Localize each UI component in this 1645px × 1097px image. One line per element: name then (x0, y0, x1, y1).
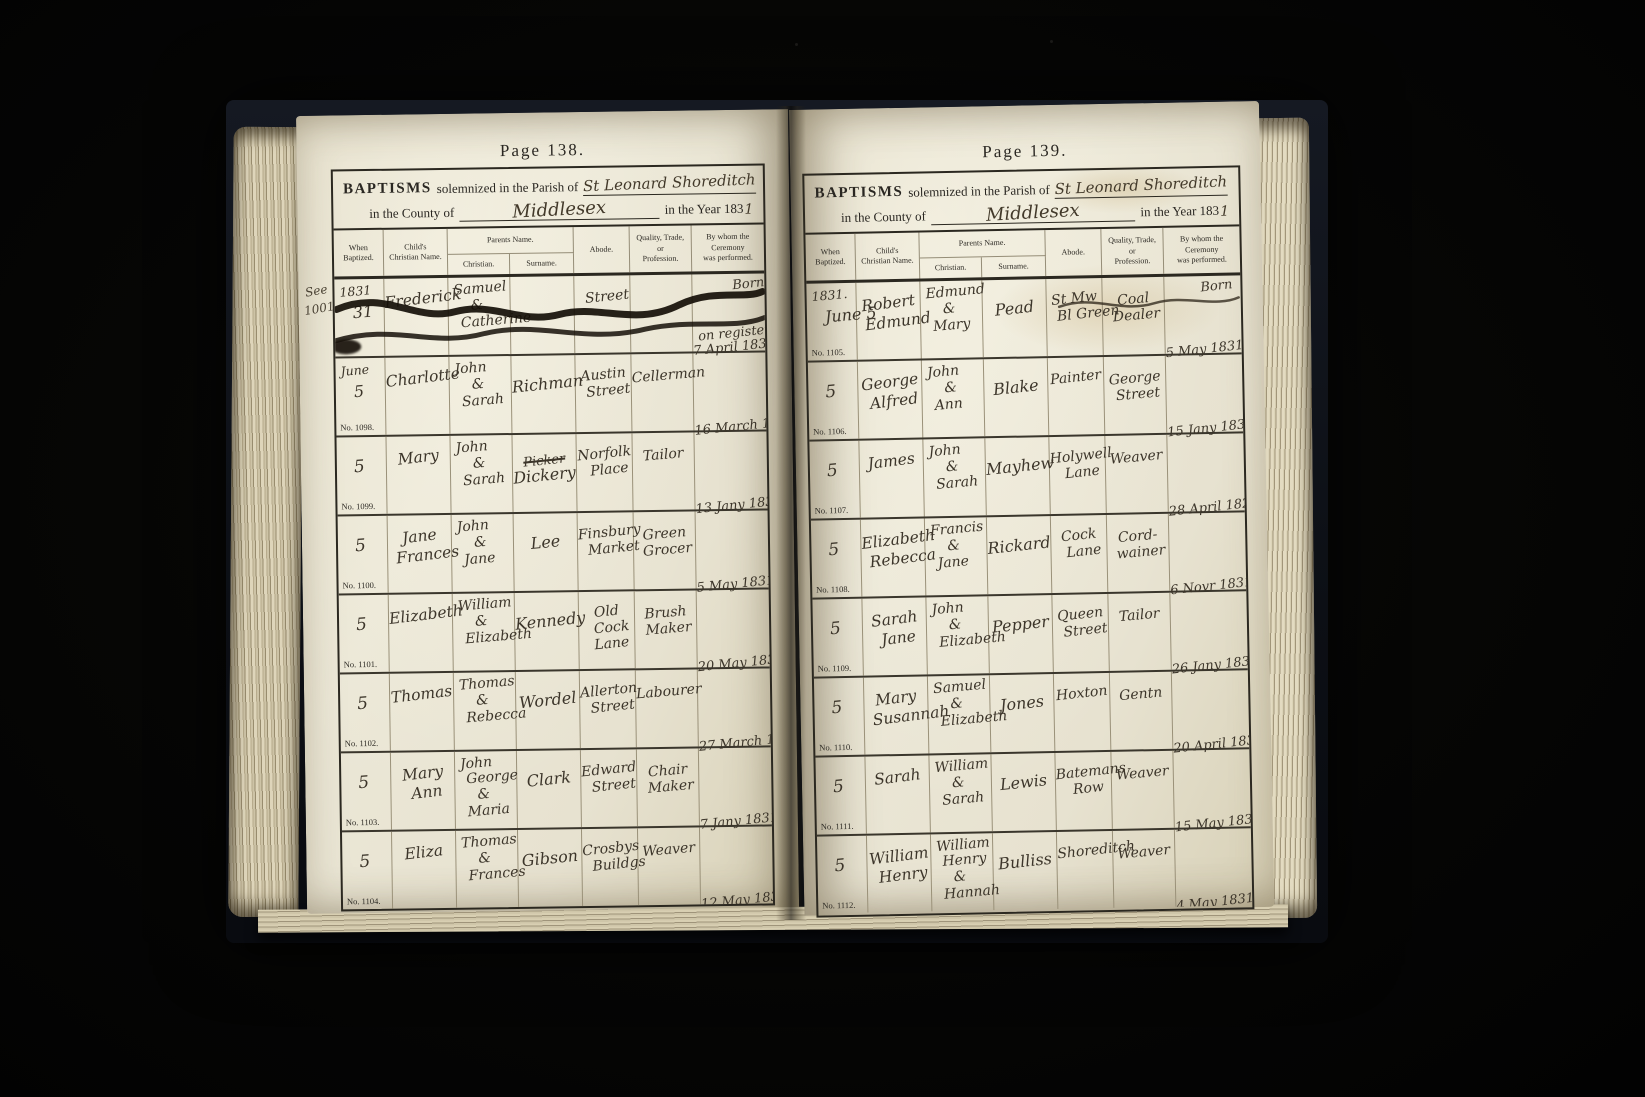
abode-text: Row (1065, 779, 1111, 799)
entry-number-label: No. 1110. (819, 742, 852, 753)
register-header: BAPTISMS solemnized in the Parish of St … (804, 167, 1239, 234)
cell-profession: GreenGrocer (634, 511, 697, 589)
cell-ceremony-performed: 7 Jany 1831 (699, 747, 773, 825)
abode-text: Street (591, 777, 637, 797)
when-baptized-text: June (340, 361, 385, 378)
profession-text: Maker (643, 778, 699, 798)
abode-text: Lane (589, 635, 635, 655)
ampersand-text: & (947, 536, 987, 555)
cell-parents-christian: Samuel&Elizabeth (928, 675, 991, 753)
abode-text: Bl Green (1056, 305, 1102, 325)
right-page: Page 139. BAPTISMS solemnized in the Par… (789, 101, 1274, 916)
entry-number-label: No. 1112. (822, 900, 855, 911)
table-row: 5MaryJohn&SarahPickerDickeryNorfolkPlace… (336, 431, 767, 516)
margin-note: See 1001 (300, 279, 336, 320)
profession-text: wainer (1113, 543, 1169, 563)
cell-ceremony-performed: 20 May 1831 (697, 589, 773, 667)
mother-name-text: Rebecca (466, 708, 516, 727)
cell-abode: QueenStreet (1052, 594, 1109, 672)
abode-text: Street (590, 698, 636, 718)
child-name-text: Mary (386, 446, 451, 470)
cell-abode: Painter (1048, 357, 1105, 435)
ampersand-text: & (471, 375, 511, 393)
cell-profession: Labourer (636, 669, 699, 747)
profession-text: Weaver (1111, 764, 1173, 784)
cell-child-name: Elizabeth (389, 594, 454, 672)
surname-text: Pepper (988, 612, 1052, 636)
ampersand-text: & (944, 378, 984, 397)
surname-text: Lee (513, 530, 577, 554)
abode-text: Market (587, 540, 633, 560)
parish-blank: St Leonard Shoreditch (1055, 175, 1228, 199)
abode-text: Street (1062, 621, 1108, 641)
table-row: 5WilliamHenryWilliamHenry&HannahBullissS… (817, 828, 1252, 913)
cell-profession: Weaver (1111, 751, 1174, 829)
col-header-christian: Christian. (448, 254, 510, 275)
cell-profession: Tailor (632, 432, 695, 510)
table-row: 1831.June 5RobertEdmundEdmund&MaryPeadSt… (806, 275, 1241, 362)
entry-number-label: No. 1107. (815, 505, 849, 516)
when-baptized-text: 5 (826, 460, 860, 481)
when-baptized-text: 5 (355, 614, 388, 635)
mother-name-text: Maria (467, 802, 517, 821)
baptisms-heading: BAPTISMS (814, 184, 903, 204)
cell-ceremony-performed: 13 Jany 1831 (694, 431, 773, 509)
col-header-when: When Baptized. (805, 234, 856, 281)
cell-parents-surname: Lewis (991, 753, 1056, 831)
col-header-by-whom: By whom the Ceremony was performed. (692, 224, 765, 271)
cell-child-name: RobertEdmund (856, 282, 921, 360)
cell-abode: Hoxton (1054, 673, 1111, 751)
child-name-text: James (859, 449, 924, 473)
mother-name-text: Frances (468, 866, 518, 885)
abode-text: Buildgs (592, 855, 638, 875)
page-number: Page 139. (790, 137, 1260, 166)
dust-speck (795, 43, 798, 46)
abode-text: Street (584, 287, 630, 307)
when-baptized-text: 5 (354, 535, 387, 556)
table-row: 5SarahJaneJohn&ElizabethPepperQueenStree… (812, 591, 1247, 678)
ampersand-text: & (473, 533, 513, 551)
table-row: 5ElizaThomas&FrancesGibsonCrosbysBuildgs… (342, 826, 773, 909)
child-name-text: Sarah (865, 765, 930, 789)
cell-child-name: Charlotte (385, 357, 450, 435)
cell-ceremony-performed: 28 April 1828 (1167, 433, 1252, 512)
parish-blank: St Leonard Shoreditch (583, 173, 756, 196)
entry-number-label: No. 1099. (341, 501, 375, 511)
cell-parents-christian: John&Sarah (449, 356, 512, 434)
cell-ceremony-performed: 20 April 1831 (1172, 670, 1252, 749)
cell-abode: HolywellLane (1049, 436, 1106, 514)
entry-number-label: No. 1103. (346, 817, 380, 827)
cell-child-name: Mary (386, 436, 451, 514)
cell-parents-christian: John&Ann (922, 359, 985, 437)
child-name-text: Charlotte (385, 367, 450, 391)
when-baptized-text: 5 (829, 618, 863, 639)
cell-profession: GeorgeStreet (1104, 356, 1167, 434)
page-number: Page 138. (296, 137, 788, 164)
entry-number-label: No. 1106. (813, 426, 847, 437)
mother-name-text: Catherine (460, 313, 510, 332)
surname-text: Rickard (987, 533, 1051, 557)
profession-text: Maker (641, 620, 697, 640)
cell-parents-surname: Gibson (518, 829, 583, 907)
cell-profession: Tailor (1108, 593, 1171, 671)
table-row: 183131FrederickSamuel&CatherineStreetBor… (334, 273, 765, 358)
cell-abode: CrosbysBuildgs (582, 828, 639, 906)
col-header-parents: Parents Name. (919, 230, 1045, 258)
cell-child-name: WilliamHenry (867, 834, 932, 912)
cell-ceremony-performed: Born5 May 1831 (1164, 275, 1246, 353)
cell-parents-christian: JohnGeorge&Maria (455, 751, 518, 829)
cell-child-name: Frederick (384, 278, 449, 356)
year-pre-text: in the Year 183 (665, 201, 744, 219)
child-name-text: Elizabeth (388, 604, 453, 628)
cell-parents-christian: Thomas&Rebecca (454, 672, 517, 750)
cell-ceremony-performed: 4 May 1831 (1175, 828, 1252, 907)
cell-child-name: MarySusannah (864, 676, 929, 754)
cell-parents-surname: Bulliss (993, 832, 1058, 910)
year-handwritten: 1 (1220, 204, 1229, 220)
cell-parents-surname: Jones (990, 674, 1055, 752)
when-baptized-text: 5 (358, 772, 391, 793)
cell-abode: Street (574, 275, 631, 353)
when-baptized-text: 1831 (339, 282, 384, 299)
cell-abode: OldCockLane (579, 591, 636, 669)
cell-profession: Weaver (1113, 830, 1176, 908)
profession-text: Labourer (636, 682, 698, 702)
cell-child-name: MaryAnn (391, 752, 456, 830)
register-photo: Page 138. See 1001 BAPTISMS solemnized i… (0, 0, 1645, 1097)
table-row: 5MarySusannahSamuel&ElizabethJonesHoxton… (814, 670, 1249, 757)
when-baptized-text: 1831. (811, 286, 856, 303)
cell-ceremony-performed: Bornon register7 April 1831 (692, 273, 773, 351)
surname-text: Lewis (991, 770, 1055, 794)
cell-child-name: GeorgeAlfred (858, 360, 923, 438)
col-header-christian: Christian. (920, 257, 982, 278)
profession-text: Tailor (632, 445, 694, 465)
cell-parents-surname: Richman (511, 355, 576, 433)
column-headers: When Baptized. Child's Christian Name. P… (805, 226, 1240, 283)
cell-child-name: Sarah (865, 755, 930, 833)
cell-parents-christian: William&Sarah (929, 754, 992, 832)
cell-profession: ChairMaker (637, 748, 700, 826)
cell-abode: BatemansRow (1055, 752, 1112, 830)
cell-profession: Weaver (638, 827, 701, 905)
year-handwritten: 1 (744, 202, 753, 218)
cell-parents-christian: Francis&Jane (925, 517, 988, 595)
entry-number-label: No. 1111. (821, 821, 854, 832)
dust-speck (1050, 40, 1053, 43)
entries-right: 1831.June 5RobertEdmundEdmund&MaryPeadSt… (806, 275, 1252, 913)
margin-note-line: 1001 (303, 297, 336, 320)
cell-abode: EdwardStreet (581, 749, 638, 827)
col-header-when: When Baptized. (334, 230, 385, 277)
cell-parents-christian: John&Sarah (923, 438, 986, 516)
cell-parents-surname: Lee (514, 513, 579, 591)
cell-child-name: SarahJane (862, 597, 927, 675)
profession-text: Grocer (640, 541, 696, 561)
table-row: 5JamesJohn&SarahMayhewHolywellLaneWeaver… (809, 433, 1244, 520)
cell-abode: AustinStreet (575, 354, 632, 432)
ceremony-date-text: Born (1200, 278, 1233, 295)
entry-number-label: No. 1098. (340, 422, 374, 432)
when-baptized-text: 5 (828, 539, 862, 560)
child-name-text: Frederick (384, 288, 449, 312)
county-pre-text: in the County of (841, 208, 926, 227)
child-name-text: Thomas (389, 683, 454, 707)
cell-ceremony-performed: 5 May 1831 (696, 510, 773, 588)
column-headers: When Baptized. Child's Christian Name. P… (334, 224, 765, 279)
table-row: 5ElizabethRebeccaFrancis&JaneRickardCock… (811, 512, 1246, 599)
table-row: June5CharlotteJohn&SarahRichmanAustinStr… (335, 352, 766, 437)
cell-child-name: Thomas (390, 673, 455, 751)
surname-text: Mayhew (985, 454, 1049, 478)
col-header-by-whom: By whom the Ceremony was performed. (1163, 226, 1240, 273)
surname-text: Jones (990, 691, 1054, 715)
col-header-surname: Surname. (510, 253, 574, 274)
surname-text: Wordel (515, 688, 579, 712)
entry-number-label: No. 1100. (342, 580, 376, 590)
cell-parents-christian: William&Elizabeth (453, 593, 516, 671)
cell-ceremony-performed: 15 Jany 1831 (1166, 354, 1253, 433)
entry-number-label: No. 1102. (345, 738, 379, 748)
cell-parents-surname: PickerDickery (512, 434, 577, 512)
solemnized-text: solemnized in the Parish of (437, 179, 579, 198)
mother-name-text: Jane (937, 553, 987, 572)
col-header-child: Child's Christian Name. (384, 229, 449, 276)
child-name-text: Ann (399, 781, 456, 804)
cell-profession: Cord-wainer (1107, 514, 1170, 592)
cell-parents-surname: Kennedy (515, 592, 580, 670)
ampersand-text: & (945, 457, 985, 476)
mother-name-text: Sarah (936, 474, 986, 493)
cell-abode: AllertonStreet (580, 670, 637, 748)
ceremony-date-text: 12 May 1831 (701, 889, 774, 909)
mother-name-text: Elizabeth (465, 629, 515, 648)
mother-name-text: Jane (464, 550, 514, 569)
cell-parents-surname: Clark (517, 750, 582, 828)
entry-number-label: No. 1109. (818, 663, 852, 674)
cell-parents-surname (510, 276, 575, 354)
cell-parents-christian: WilliamHenry&Hannah (931, 833, 994, 911)
when-baptized-text: 5 (356, 693, 389, 714)
cell-parents-christian: John&Elizabeth (926, 596, 989, 674)
ceremony-date-text: Born (732, 276, 765, 293)
profession-text: Street (1110, 385, 1166, 405)
mother-name-text: Sarah (461, 392, 511, 411)
cell-ceremony-performed: 26 Jany 1830 (1170, 591, 1252, 670)
parish-name-handwritten: St Leonard Shoreditch (1054, 172, 1227, 198)
county-pre-text: in the County of (369, 205, 454, 223)
cell-parents-surname: Pead (982, 279, 1047, 357)
mother-name-text: Sarah (942, 790, 992, 809)
cell-profession: BrushMaker (635, 590, 698, 668)
cell-profession: Cellerman (631, 353, 694, 431)
mother-name-text: Mary (933, 316, 983, 335)
col-header-abode: Abode. (574, 226, 631, 273)
cell-abode: NorfolkPlace (576, 433, 633, 511)
ampersand-text: & (951, 773, 991, 792)
mother-name-text: Elizabeth (940, 711, 990, 730)
cell-child-name: JaneFrances (388, 515, 453, 593)
profession-text: Dealer (1108, 306, 1164, 326)
county-name-handwritten: Middlesex (512, 197, 607, 223)
ampersand-text: & (477, 785, 517, 803)
left-page: Page 138. See 1001 BAPTISMS solemnized i… (296, 109, 799, 914)
baptism-register-table: BAPTISMS solemnized in the Parish of St … (331, 163, 775, 911)
surname-text: Clark (517, 767, 581, 791)
entry-number-label: No. 1108. (816, 584, 850, 595)
cell-profession (630, 274, 693, 352)
mother-name-text: Hannah (944, 884, 994, 903)
cell-ceremony-performed: 12 May 1831 (700, 826, 773, 904)
cell-parents-christian: Edmund&Mary (920, 280, 983, 358)
table-row: 5JaneFrancesJohn&JaneLeeFinsburyMarketGr… (338, 510, 769, 595)
cell-abode: CockLane (1051, 515, 1108, 593)
cell-parents-christian: Samuel&Catherine (448, 277, 511, 355)
register-header: BAPTISMS solemnized in the Parish of St … (333, 165, 764, 230)
table-row: 5MaryAnnJohnGeorge&MariaClarkEdwardStree… (341, 747, 772, 832)
col-header-abode: Abode. (1045, 229, 1102, 276)
entry-number-label: No. 1105. (812, 347, 846, 358)
cell-parents-surname: Wordel (516, 671, 581, 749)
ampersand-text: & (472, 454, 512, 472)
profession-text: Gentn (1110, 685, 1172, 705)
abode-text: Lane (1061, 542, 1107, 562)
cell-ceremony-performed: 6 Novr 1831 (1169, 512, 1253, 591)
col-header-quality: Quality, Trade, or Profession. (1101, 228, 1164, 275)
cell-ceremony-performed: 15 May 1831 (1173, 749, 1252, 828)
cell-profession: CoalDealer (1102, 277, 1165, 355)
mother-name-text: Elizabeth (939, 632, 989, 651)
abode-text: Painter (1048, 368, 1104, 389)
profession-text: Weaver (1105, 448, 1167, 468)
entry-number-label: No. 1101. (344, 659, 378, 669)
register-header-line1: BAPTISMS solemnized in the Parish of St … (343, 173, 753, 200)
solemnized-text: solemnized in the Parish of (908, 182, 1050, 202)
cell-parents-christian: John&Sarah (450, 435, 513, 513)
profession-text: Tailor (1108, 606, 1170, 626)
when-baptized-text: 5 (831, 697, 865, 718)
table-row: 5ThomasThomas&RebeccaWordelAllertonStree… (340, 668, 771, 753)
surname-text: Gibson (518, 846, 582, 870)
col-header-child: Child's Christian Name. (855, 233, 920, 280)
cell-parents-surname: Pepper (988, 595, 1053, 673)
entries-left: 183131FrederickSamuel&CatherineStreetBor… (334, 273, 773, 909)
county-blank: Middlesex (459, 198, 660, 222)
when-baptized-text: June 5 (824, 305, 856, 325)
col-header-parents: Parents Name. (448, 227, 574, 255)
ampersand-text: & (942, 299, 982, 318)
cell-profession: Gentn (1110, 672, 1173, 750)
mother-name-text: Sarah (463, 471, 513, 490)
page-edges-left (228, 127, 304, 917)
entry-number-label: No. 1104. (347, 896, 381, 906)
when-baptized-text: 5 (353, 380, 385, 400)
child-name-text: Frances (395, 544, 452, 567)
cell-child-name: ElizabethRebecca (861, 518, 926, 596)
profession-text: Cellerman (631, 366, 693, 386)
register-header-line2: in the County of Middlesex in the Year 1… (343, 197, 753, 224)
cell-parents-christian: John&Jane (452, 514, 515, 592)
child-name-text: Eliza (392, 841, 457, 865)
mother-name-text: Ann (934, 395, 984, 414)
cell-parents-surname: Blake (984, 358, 1049, 436)
when-baptized-text: 5 (359, 851, 392, 872)
cell-abode: Shoreditch (1057, 831, 1114, 909)
table-row: 5ElizabethWilliam&ElizabethKennedyOldCoc… (339, 589, 770, 674)
surname-text: Dickery (512, 463, 576, 487)
when-baptized-text: 5 (353, 456, 386, 477)
parish-name-handwritten: St Leonard Shoreditch (583, 170, 756, 195)
surname-text: Bulliss (993, 849, 1057, 873)
cell-parents-christian: Thomas&Frances (456, 830, 519, 908)
cell-parents-surname: Rickard (987, 516, 1052, 594)
county-blank: Middlesex (931, 200, 1136, 225)
baptism-register-table: BAPTISMS solemnized in the Parish of St … (802, 165, 1254, 917)
when-baptized-text: 31 (352, 301, 384, 321)
year-pre-text: in the Year 183 (1140, 203, 1219, 222)
table-row: 5SarahWilliam&SarahLewisBatemansRowWeave… (815, 749, 1250, 836)
cell-child-name: James (859, 439, 924, 517)
col-header-surname: Surname. (982, 256, 1046, 277)
cell-child-name: Eliza (392, 831, 457, 909)
when-baptized-text: 5 (832, 776, 866, 797)
abode-text: Shoreditch (1057, 842, 1113, 863)
col-header-quality: Quality, Trade, or Profession. (630, 225, 693, 272)
surname-text: Blake (984, 375, 1048, 399)
surname-text: Pead (982, 296, 1046, 320)
when-baptized-text: 5 (834, 855, 868, 876)
county-name-handwritten: Middlesex (986, 200, 1081, 226)
when-baptized-text: 5 (825, 381, 859, 402)
surname-text: Kennedy (514, 609, 578, 633)
cell-abode: St MwBl Green (1046, 278, 1103, 356)
cell-ceremony-performed: 16 March 1831 (693, 352, 773, 430)
abode-text: Street (585, 382, 631, 402)
cell-parents-surname: Mayhew (985, 437, 1050, 515)
profession-text: Weaver (638, 840, 700, 860)
table-row: 5GeorgeAlfredJohn&AnnBlakePainterGeorgeS… (808, 354, 1243, 441)
cell-abode: FinsburyMarket (578, 512, 635, 590)
abode-text: Hoxton (1054, 684, 1110, 705)
baptisms-heading: BAPTISMS (343, 180, 432, 199)
abode-text: Place (586, 461, 632, 481)
abode-text: Lane (1059, 463, 1105, 483)
profession-text: Weaver (1113, 843, 1175, 863)
cell-ceremony-performed: 27 March 1831 (698, 668, 773, 746)
surname-text: Richman (511, 372, 575, 396)
cell-profession: Weaver (1105, 435, 1168, 513)
register-header-line2: in the County of Middlesex in the Year 1… (815, 199, 1229, 228)
